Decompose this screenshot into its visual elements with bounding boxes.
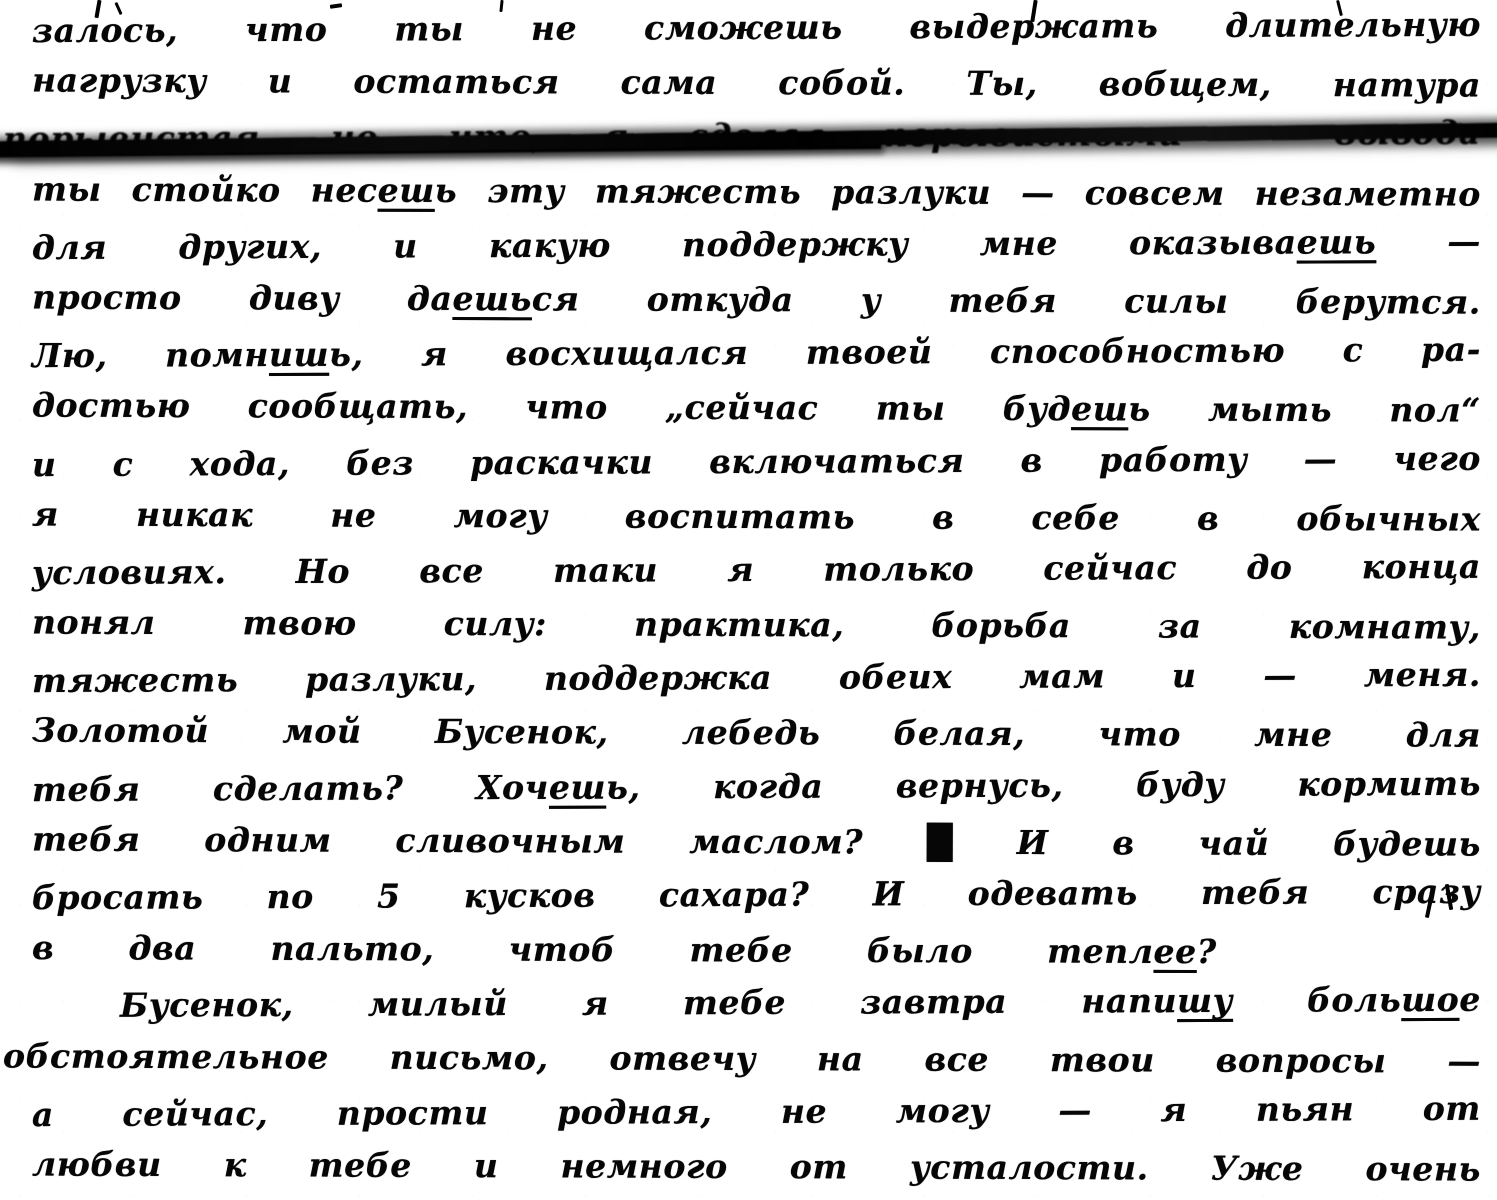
handwritten-word: сахара? bbox=[659, 873, 810, 918]
handwritten-word: будешь bbox=[1003, 387, 1151, 432]
handwritten-line: нагрузкуиостатьсясамасобой.Ты,вобщем,нат… bbox=[0, 59, 1481, 108]
handwritten-word: в bbox=[932, 495, 954, 539]
handwritten-word: никак bbox=[136, 493, 253, 537]
handwritten-word: восхищался bbox=[505, 331, 748, 376]
handwritten-word: пальто, bbox=[270, 927, 434, 972]
handwritten-word: я bbox=[32, 492, 59, 536]
handwritten-word: два bbox=[128, 927, 196, 971]
handwritten-word: тебя bbox=[32, 767, 141, 811]
handwritten-word: завтра bbox=[860, 980, 1007, 1025]
handwritten-word: когда bbox=[713, 764, 823, 808]
handwritten-word: сделал bbox=[688, 114, 826, 159]
handwritten-word: других, bbox=[178, 225, 322, 270]
handwritten-word: буду bbox=[1136, 763, 1225, 807]
handwritten-word: я bbox=[582, 982, 609, 1026]
handwritten-word: что, bbox=[449, 115, 544, 159]
handwritten-word: сливочным bbox=[395, 819, 625, 864]
handwritten-word: все bbox=[419, 549, 484, 593]
handwritten-word: Хочешь, bbox=[476, 765, 641, 810]
handwritten-word: тяжесть bbox=[32, 658, 238, 703]
handwritten-word: прости bbox=[337, 1091, 489, 1136]
handwritten-word: маслом? bbox=[689, 820, 863, 865]
handwritten-word: и bbox=[32, 442, 57, 486]
handwritten-word: и bbox=[393, 224, 418, 268]
handwritten-word: с bbox=[113, 442, 134, 486]
handwritten-line: обстоятельноеписьмо,отвечунавсетвоивопро… bbox=[0, 1034, 1481, 1083]
handwritten-word: все bbox=[924, 1037, 989, 1081]
handwritten-word: с bbox=[1343, 328, 1364, 372]
handwritten-word: что bbox=[525, 386, 607, 430]
handwritten-word: кормить bbox=[1297, 761, 1481, 806]
handwritten-word: Но bbox=[296, 550, 351, 594]
handwritten-word: незаметно bbox=[1255, 171, 1481, 216]
handwritten-word: мой bbox=[282, 710, 361, 754]
handwritten-word: усталости. bbox=[910, 1146, 1149, 1191]
handwritten-word: от bbox=[1423, 1087, 1481, 1131]
handwritten-word: конца bbox=[1362, 545, 1481, 590]
handwritten-word: что bbox=[245, 8, 328, 52]
handwritten-word: мне bbox=[980, 221, 1058, 265]
handwritten-word: нагрузку bbox=[32, 59, 207, 104]
handwritten-line: бросатьпо5кусковсахара?Иодеватьтебясразу bbox=[0, 870, 1481, 920]
handwritten-word: одевать bbox=[968, 871, 1138, 916]
handwritten-line: Бусенок,милыйятебезавтранапишубольшое bbox=[0, 978, 1481, 1028]
handwritten-word: помнишь, bbox=[165, 333, 364, 378]
handwritten-word: — bbox=[1242, 112, 1276, 156]
scanned-letter-page: залось,чтотынесможешьвыдержатьдлительную… bbox=[0, 0, 1497, 1200]
handwritten-line: Лю,помнишь,явосхищалсятвоейспособностьюс… bbox=[0, 328, 1481, 378]
handwritten-word: пол“ bbox=[1389, 389, 1481, 433]
handwritten-word: хода, bbox=[189, 441, 290, 485]
handwritten-word: несешь bbox=[311, 168, 458, 213]
handwritten-line: понялтвоюсилу:практика,борьбазакомнату, bbox=[0, 600, 1481, 649]
handwritten-word: борьба bbox=[931, 604, 1071, 648]
handwritten-word: вывода bbox=[1334, 111, 1481, 156]
handwritten-word: не bbox=[531, 7, 577, 51]
handwritten-word: — bbox=[1304, 437, 1338, 481]
handwritten-word: тебе bbox=[309, 1143, 412, 1187]
handwritten-word: любви bbox=[32, 1142, 162, 1186]
handwritten-word: было bbox=[867, 929, 973, 973]
handwritten-word: — bbox=[1447, 220, 1481, 264]
handwritten-word: не bbox=[330, 493, 376, 537]
handwritten-word: раскачки bbox=[470, 440, 653, 485]
handwritten-word: для bbox=[32, 226, 107, 270]
handwritten-line: любвиктебеинемногоотусталости.Ужеочень bbox=[0, 1142, 1481, 1191]
handwritten-word: тебя bbox=[1201, 871, 1310, 915]
handwritten-word: твою bbox=[243, 601, 357, 645]
handwritten-word: по bbox=[266, 875, 313, 919]
handwritten-word: силу: bbox=[444, 602, 547, 646]
handwritten-word: бросать bbox=[32, 875, 203, 920]
handwritten-word: берутся. bbox=[1296, 280, 1481, 325]
handwritten-word: ра- bbox=[1421, 328, 1481, 372]
handwritten-word: комнату, bbox=[1289, 605, 1481, 650]
handwritten-word: Бусенок, bbox=[435, 710, 609, 755]
handwritten-word: сразу bbox=[1373, 870, 1482, 914]
handwritten-word: работу bbox=[1099, 437, 1248, 482]
handwritten-word: будешь bbox=[1333, 822, 1481, 867]
handwritten-word: — bbox=[1263, 654, 1297, 698]
handwritten-word: за bbox=[1158, 605, 1202, 649]
handwritten-word: могу bbox=[454, 494, 548, 538]
handwritten-word: в bbox=[32, 926, 54, 970]
letter-body: залось,чтотынесможешьвыдержатьдлительную… bbox=[0, 0, 1497, 1200]
handwritten-word: тяжесть bbox=[595, 169, 801, 214]
handwritten-word: тебя bbox=[32, 817, 141, 861]
handwritten-word: ты bbox=[32, 167, 102, 211]
handwritten-word: сможешь bbox=[644, 6, 843, 51]
handwritten-line: асейчас,простиродная,немогу—япьянот bbox=[0, 1087, 1481, 1137]
handwritten-word: пьян bbox=[1256, 1087, 1355, 1131]
handwritten-word: себе bbox=[1031, 496, 1119, 540]
handwritten-word: совсем bbox=[1085, 171, 1225, 215]
handwritten-word: порывистая, bbox=[3, 116, 272, 161]
handwritten-word: залось, bbox=[32, 8, 178, 53]
handwritten-line: тебясделать?Хочешь,когдавернусь,будукорм… bbox=[0, 761, 1481, 811]
handwritten-word: письмо, bbox=[390, 1035, 549, 1080]
handwritten-word: в bbox=[1112, 821, 1134, 865]
handwritten-word: поддержку bbox=[682, 222, 909, 267]
handwritten-word: способностью bbox=[990, 329, 1285, 374]
handwritten-word: сообщать, bbox=[248, 385, 468, 430]
handwritten-word: меня. bbox=[1364, 653, 1481, 698]
handwritten-word: порывистыми bbox=[884, 112, 1183, 157]
handwritten-word: какую bbox=[489, 223, 611, 268]
handwritten-word: сейчас bbox=[1043, 546, 1177, 591]
handwritten-line: вдвапальто,чтобтебебылотеплее? bbox=[0, 926, 1217, 974]
handwritten-word: чтоб bbox=[509, 928, 616, 972]
handwritten-word: понял bbox=[32, 601, 156, 645]
handwritten-word: родная, bbox=[557, 1090, 713, 1135]
handwritten-word: разлуки bbox=[831, 170, 991, 215]
handwritten-word: сделать? bbox=[213, 766, 404, 811]
handwritten-word: ты bbox=[394, 7, 464, 51]
handwritten-word: И bbox=[873, 872, 905, 916]
handwritten-word: в bbox=[1197, 496, 1219, 540]
handwritten-word: 5 bbox=[377, 874, 401, 918]
handwritten-word: я bbox=[727, 548, 754, 592]
handwritten-word: — bbox=[1447, 1039, 1481, 1083]
handwritten-word: не bbox=[781, 1089, 827, 1133]
handwritten-word: в bbox=[1020, 438, 1042, 482]
handwritten-word: Уже bbox=[1211, 1147, 1304, 1191]
handwritten-line: порывистая,но,что,ясделалпорывистыми—выв… bbox=[0, 111, 1481, 161]
handwritten-word: практика, bbox=[634, 603, 844, 648]
handwritten-word: от bbox=[790, 1145, 848, 1189]
handwritten-word: выдержать bbox=[909, 4, 1158, 49]
handwritten-line: простодивудаешьсяоткудаутебясилыберутся. bbox=[0, 275, 1481, 324]
handwritten-word: одним bbox=[204, 818, 332, 862]
handwritten-word: лебедь bbox=[682, 711, 820, 755]
handwritten-line: залось,чтотынесможешьвыдержатьдлительную bbox=[0, 3, 1481, 53]
handwritten-word: эту bbox=[487, 169, 565, 213]
handwritten-word: воспитать bbox=[625, 494, 855, 539]
handwritten-word: сейчас, bbox=[122, 1092, 268, 1137]
handwritten-word: я bbox=[1160, 1088, 1187, 1132]
handwritten-word: стойко bbox=[132, 167, 281, 212]
handwritten-word: обстоятельное bbox=[3, 1034, 329, 1079]
handwritten-word: я bbox=[602, 115, 629, 159]
handwritten-word: вернусь, bbox=[896, 763, 1064, 808]
handwritten-word: твои bbox=[1050, 1038, 1155, 1082]
handwritten-line: тыстойконесешьэтутяжестьразлуки—совсемне… bbox=[0, 167, 1481, 216]
handwritten-word: даешься bbox=[407, 277, 580, 322]
handwritten-word: только bbox=[823, 547, 974, 592]
handwritten-word: но, bbox=[331, 116, 391, 160]
handwritten-word: на bbox=[817, 1037, 864, 1081]
handwritten-word: диву bbox=[249, 276, 340, 320]
handwritten-word: — bbox=[1058, 1088, 1092, 1132]
handwritten-word: силы bbox=[1124, 279, 1228, 323]
handwritten-word: И bbox=[1017, 821, 1049, 865]
handwritten-word: до bbox=[1246, 545, 1292, 589]
handwritten-word: тебе bbox=[683, 981, 786, 1025]
handwritten-word: просто bbox=[32, 275, 182, 320]
handwritten-line: тебяоднимсливочныммаслом?█Ивчайбудешь bbox=[0, 817, 1481, 866]
handwritten-word: отвечу bbox=[609, 1036, 756, 1081]
handwritten-word: обеих bbox=[839, 655, 953, 699]
handwritten-word: Бусенок, bbox=[120, 983, 294, 1028]
handwritten-word: Ты, bbox=[966, 62, 1038, 106]
handwritten-word: — bbox=[1021, 171, 1055, 215]
handwritten-word: белая, bbox=[893, 712, 1025, 756]
handwritten-word: тебе bbox=[689, 928, 792, 972]
handwritten-word: что bbox=[1099, 713, 1181, 757]
handwritten-word: твоей bbox=[806, 330, 933, 375]
handwritten-word: могу bbox=[896, 1089, 990, 1133]
handwritten-word: собой. bbox=[778, 61, 905, 105]
handwritten-word: Золотой bbox=[32, 709, 209, 754]
handwritten-word: для bbox=[1406, 714, 1481, 758]
handwritten-line: достьюсообщать,что„сейчастыбудешьмытьпол… bbox=[0, 384, 1481, 433]
handwritten-word: откуда bbox=[647, 278, 794, 323]
handwritten-word: мне bbox=[1254, 713, 1332, 757]
handwritten-line: тяжестьразлуки,поддержкаобеихмами—меня. bbox=[0, 653, 1481, 703]
handwritten-word: включаться bbox=[709, 439, 964, 484]
handwritten-word: и bbox=[268, 60, 293, 104]
handwritten-line: яникакнемогувоспитатьвсебевобычных bbox=[0, 492, 1481, 541]
handwritten-word: немного bbox=[560, 1144, 727, 1189]
handwritten-line: исхода,безраскачкивключатьсявработу—чего bbox=[0, 436, 1481, 486]
handwritten-word: сама bbox=[621, 61, 718, 105]
handwritten-word: а bbox=[32, 1093, 54, 1137]
handwritten-word: натура bbox=[1333, 63, 1481, 108]
handwritten-word: поддержка bbox=[544, 656, 772, 701]
handwritten-word: вопросы bbox=[1216, 1038, 1387, 1083]
handwritten-word: кусков bbox=[464, 874, 596, 919]
handwritten-word: теплее? bbox=[1047, 930, 1217, 975]
handwritten-word: вобщем, bbox=[1099, 62, 1272, 107]
handwritten-word: мыть bbox=[1208, 388, 1332, 432]
handwritten-word: █ bbox=[927, 820, 953, 864]
handwritten-word: оказываешь bbox=[1129, 220, 1376, 265]
handwritten-word: ты bbox=[876, 387, 946, 431]
handwritten-word: Лю, bbox=[32, 334, 108, 378]
handwritten-line: условиях.Новсетакиятолькосейчасдоконца bbox=[0, 545, 1481, 595]
handwritten-line: длядругих,икакуюподдержкумнеоказываешь— bbox=[0, 220, 1481, 270]
handwritten-word: милый bbox=[368, 982, 508, 1027]
handwritten-word: чай bbox=[1198, 821, 1269, 865]
handwritten-word: таки bbox=[553, 548, 658, 592]
handwritten-word: „сейчас bbox=[665, 386, 818, 431]
handwritten-word: остаться bbox=[353, 60, 559, 105]
handwritten-word: и bbox=[474, 1144, 499, 1188]
handwritten-word: условиях. bbox=[32, 550, 227, 595]
handwritten-word: я bbox=[421, 332, 448, 376]
handwritten-line: ЗолотоймойБусенок,лебедьбелая,чтомнедля bbox=[0, 709, 1481, 758]
handwritten-word: чего bbox=[1393, 436, 1481, 480]
handwritten-word: напишу bbox=[1081, 979, 1233, 1024]
handwritten-word: у bbox=[861, 278, 881, 322]
handwritten-word: без bbox=[346, 441, 414, 485]
handwritten-word: тебя bbox=[948, 279, 1057, 323]
handwritten-word: очень bbox=[1365, 1147, 1481, 1191]
handwritten-word: к bbox=[224, 1143, 247, 1187]
handwritten-word: достью bbox=[32, 384, 191, 429]
handwritten-word: длительную bbox=[1225, 3, 1481, 48]
handwritten-word: разлуки, bbox=[305, 657, 477, 702]
handwritten-word: мам bbox=[1019, 655, 1105, 699]
handwritten-word: обычных bbox=[1296, 497, 1481, 542]
handwritten-word: и bbox=[1172, 654, 1197, 698]
handwritten-word: большое bbox=[1307, 978, 1481, 1023]
